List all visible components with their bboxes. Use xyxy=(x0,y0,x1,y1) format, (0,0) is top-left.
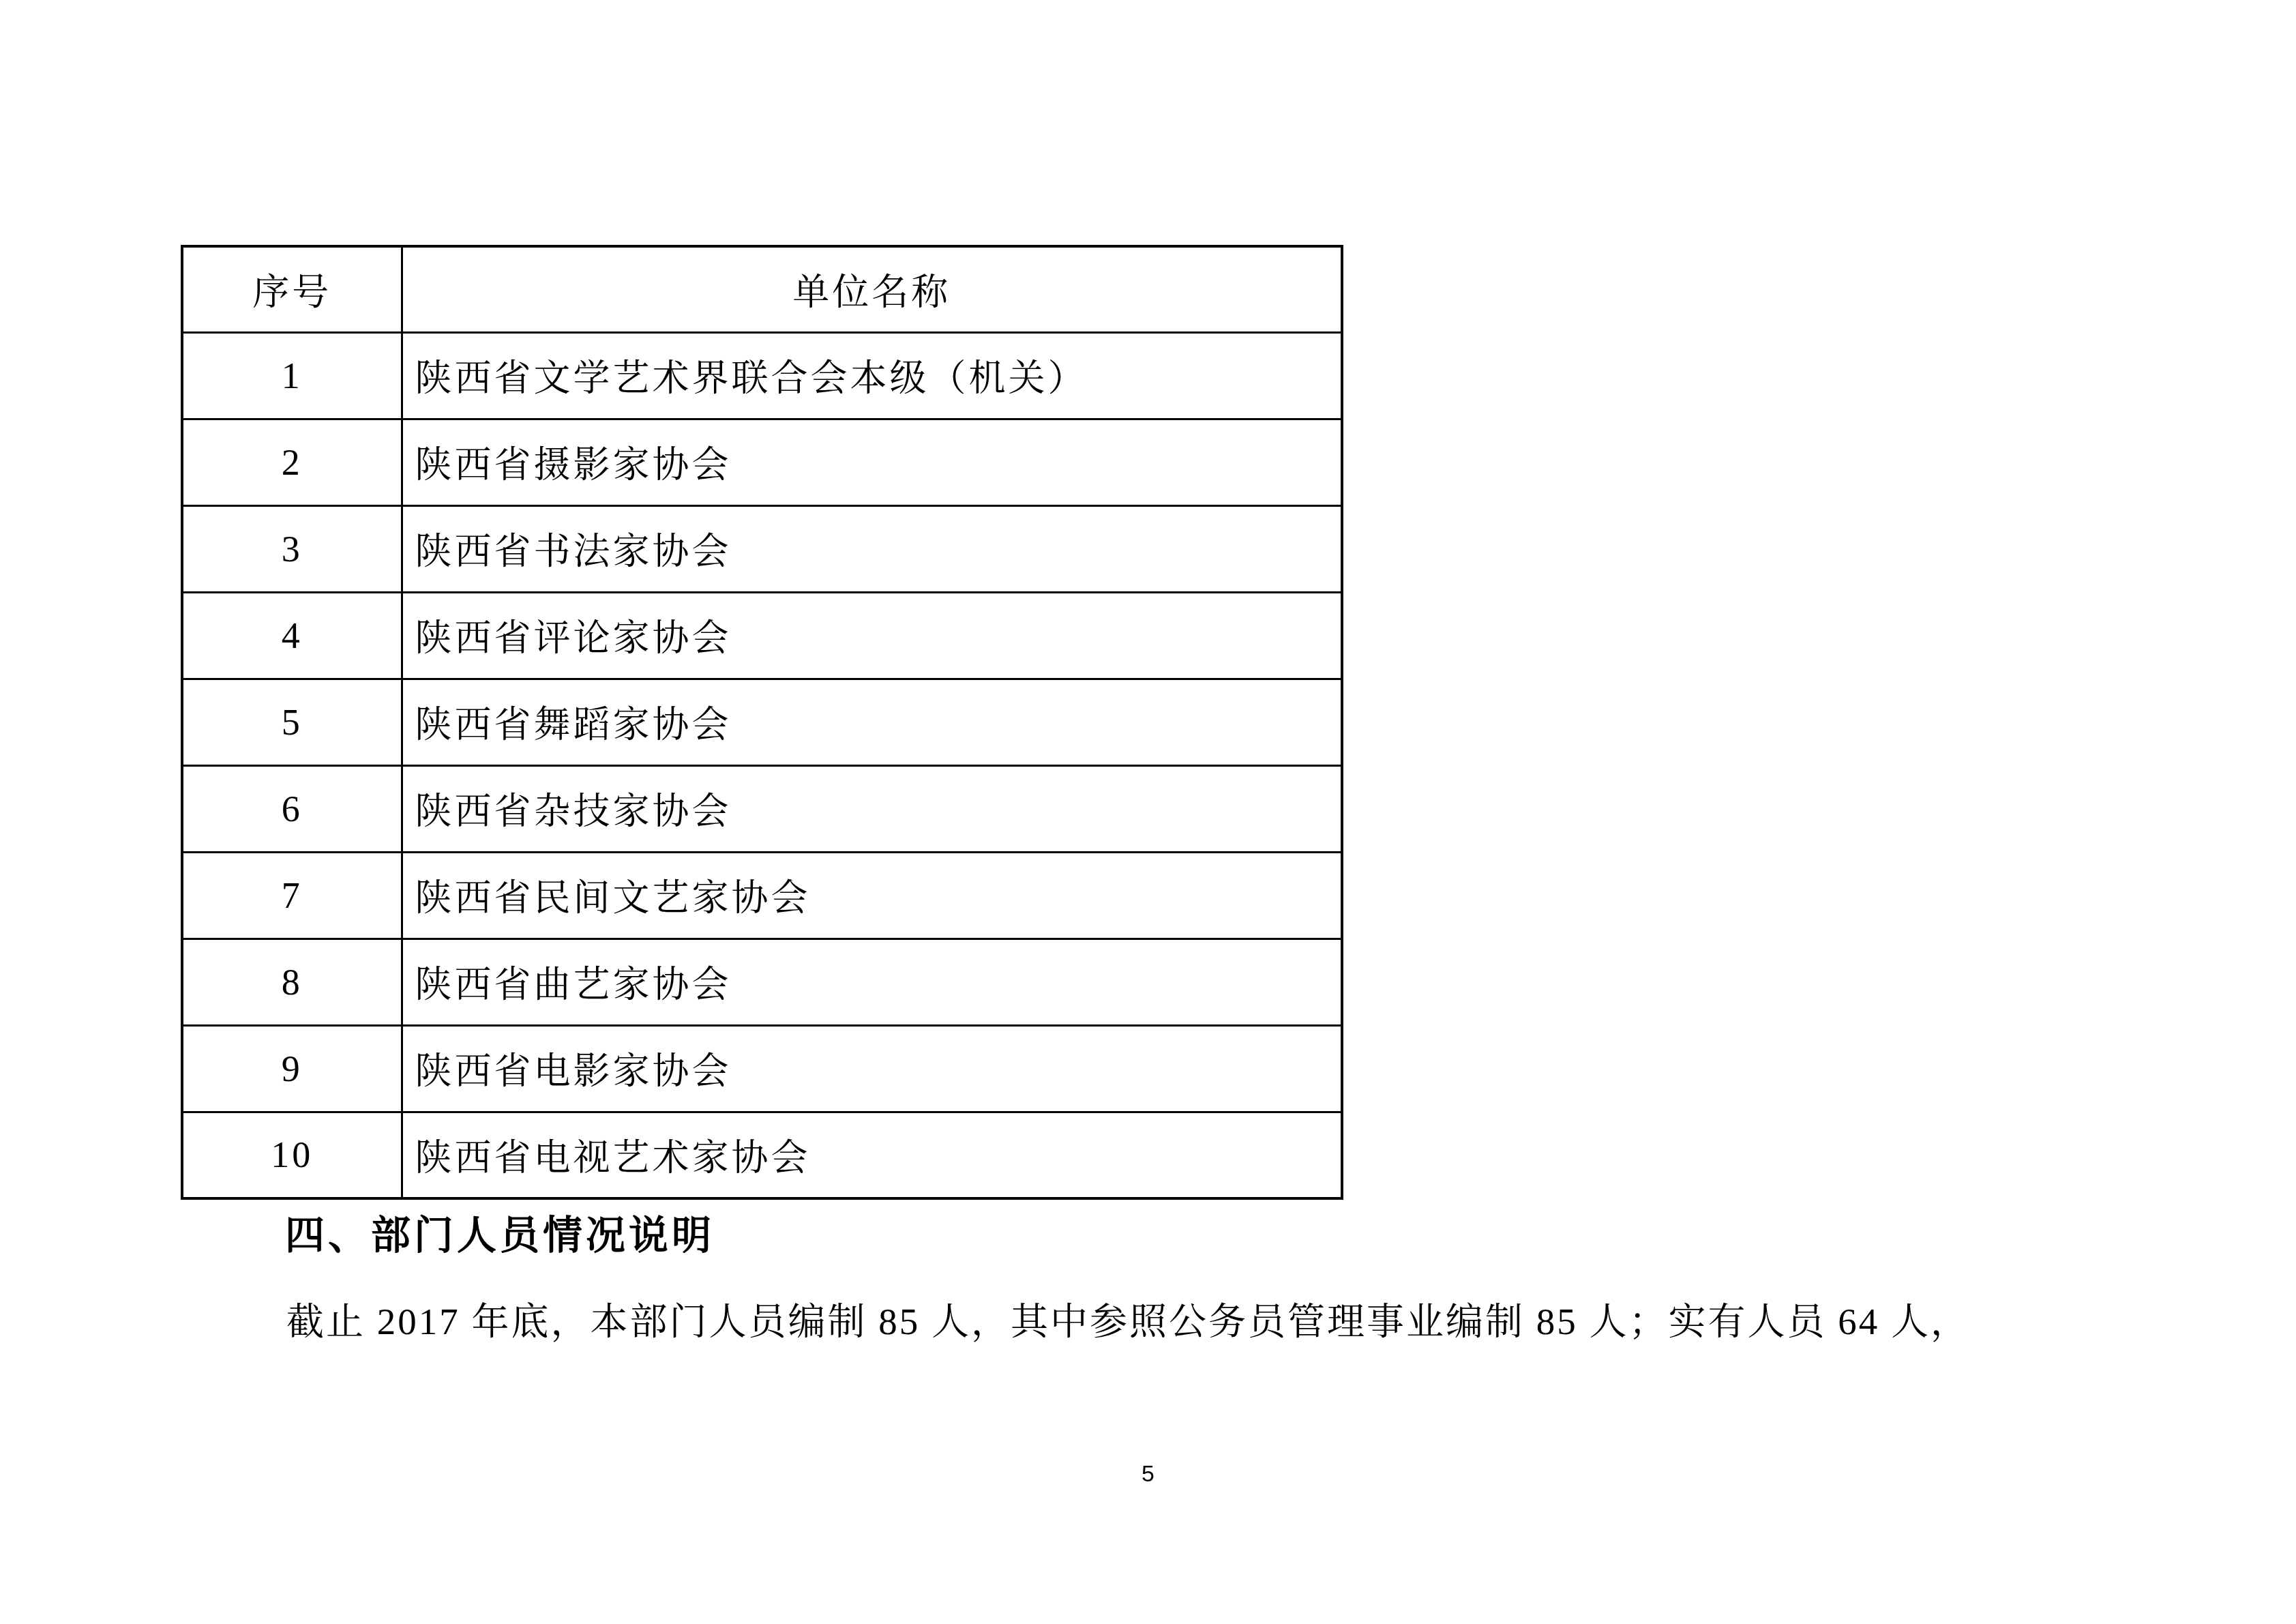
table-row: 9 陕西省电影家协会 xyxy=(182,1025,1342,1112)
row-unit-name: 陕西省摄影家协会 xyxy=(402,419,1342,505)
table-row: 1 陕西省文学艺术界联合会本级（机关） xyxy=(182,332,1342,419)
table-row: 3 陕西省书法家协会 xyxy=(182,505,1342,592)
table-row: 7 陕西省民间文艺家协会 xyxy=(182,852,1342,939)
row-index: 7 xyxy=(182,852,402,939)
row-index: 2 xyxy=(182,419,402,505)
row-index: 6 xyxy=(182,765,402,852)
row-unit-name: 陕西省评论家协会 xyxy=(402,592,1342,679)
row-unit-name: 陕西省曲艺家协会 xyxy=(402,939,1342,1025)
row-unit-name: 陕西省电视艺术家协会 xyxy=(402,1112,1342,1198)
row-unit-name: 陕西省书法家协会 xyxy=(402,505,1342,592)
table-header-row: 序号 单位名称 xyxy=(182,246,1342,332)
row-unit-name: 陕西省民间文艺家协会 xyxy=(402,852,1342,939)
column-header-index: 序号 xyxy=(182,246,402,332)
row-index: 1 xyxy=(182,332,402,419)
row-index: 4 xyxy=(182,592,402,679)
table-row: 5 陕西省舞蹈家协会 xyxy=(182,679,1342,765)
table-row: 10 陕西省电视艺术家协会 xyxy=(182,1112,1342,1198)
table-row: 2 陕西省摄影家协会 xyxy=(182,419,1342,505)
column-header-unit-name: 单位名称 xyxy=(402,246,1342,332)
table-row: 4 陕西省评论家协会 xyxy=(182,592,1342,679)
page-number: 5 xyxy=(0,1461,2296,1488)
row-unit-name: 陕西省舞蹈家协会 xyxy=(402,679,1342,765)
row-index: 9 xyxy=(182,1025,402,1112)
section-heading: 四、部门人员情况说明 xyxy=(285,1213,715,1259)
row-unit-name: 陕西省电影家协会 xyxy=(402,1025,1342,1112)
body-paragraph: 截止 2017 年底，本部门人员编制 85 人，其中参照公务员管理事业编制 85… xyxy=(286,1300,1970,1343)
unit-list-table: 序号 单位名称 1 陕西省文学艺术界联合会本级（机关） 2 陕西省摄影家协会 3… xyxy=(181,245,1343,1200)
row-index: 10 xyxy=(182,1112,402,1198)
row-index: 5 xyxy=(182,679,402,765)
row-index: 8 xyxy=(182,939,402,1025)
row-unit-name: 陕西省文学艺术界联合会本级（机关） xyxy=(402,332,1342,419)
table-row: 6 陕西省杂技家协会 xyxy=(182,765,1342,852)
row-unit-name: 陕西省杂技家协会 xyxy=(402,765,1342,852)
table-row: 8 陕西省曲艺家协会 xyxy=(182,939,1342,1025)
row-index: 3 xyxy=(182,505,402,592)
